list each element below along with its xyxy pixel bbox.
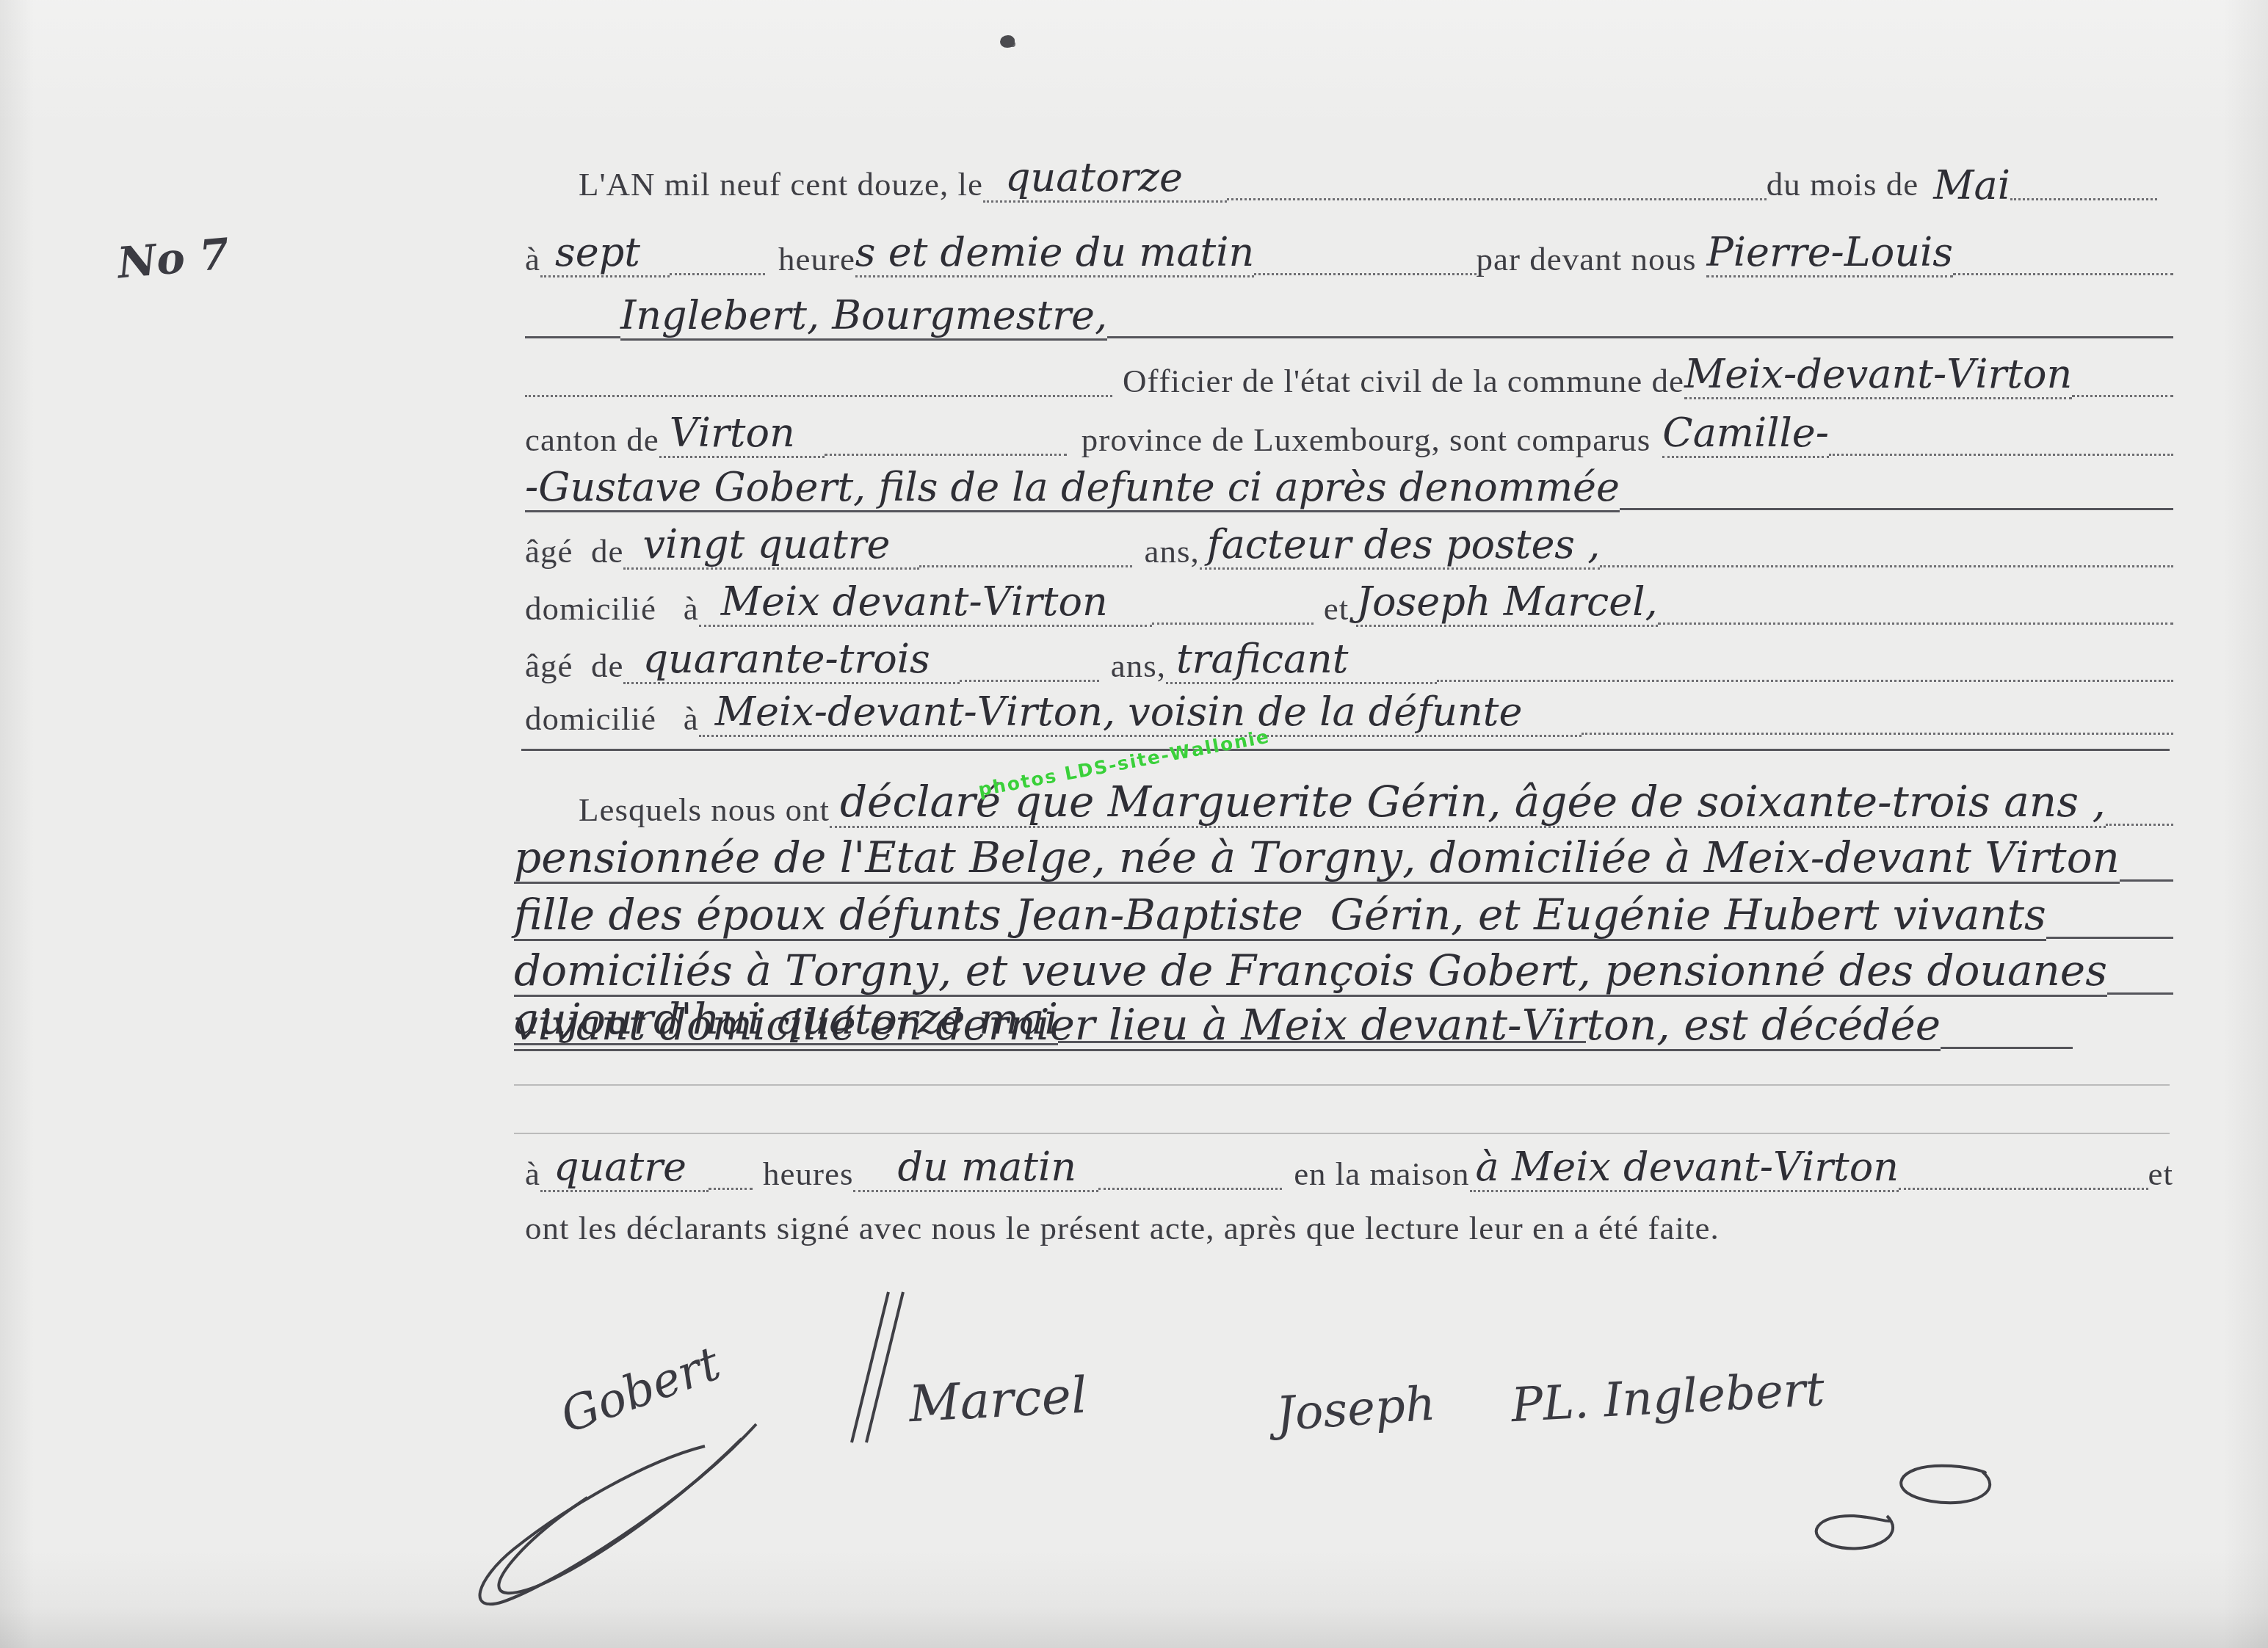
- hand-deceased-5: aujourd'hui quatorze mai: [514, 998, 1058, 1045]
- hand-month: Mai: [1919, 166, 2010, 206]
- dotted-leader: [1582, 733, 2173, 735]
- section-divider-rule: [521, 749, 2170, 751]
- solid-leader: [1058, 1041, 1586, 1043]
- hand-commune: Meix-devant-Virton: [1684, 355, 2072, 399]
- solid-leader: [1941, 1047, 2073, 1049]
- hand-day: quatorze: [983, 158, 1227, 203]
- dotted-leader: [670, 273, 765, 275]
- hand-domicile1: Meix devant-Virton: [699, 582, 1152, 627]
- printed-before-us: par devant nous: [1477, 243, 1707, 276]
- printed-domicile2: domicilié à: [525, 703, 699, 736]
- hand-deceased-1: pensionnée de l'Etat Belge, née à Torgny…: [514, 836, 2120, 884]
- printed-closing: ont les déclarants signé avec nous le pr…: [525, 1212, 1720, 1245]
- form-line-closing: ont les déclarants signé avec nous le pr…: [525, 1183, 2173, 1254]
- dotted-leader: [1254, 273, 1476, 275]
- registry-number: No 7: [115, 228, 231, 288]
- death-certificate-scan: No 7 L'AN mil neuf cent douze, le quator…: [0, 0, 2268, 1648]
- printed-heures: heure: [765, 243, 855, 276]
- printed-month-prefix: du mois de: [1767, 168, 1919, 201]
- ink-spot: [1000, 35, 1015, 48]
- printed-year-prefix: L'AN mil neuf cent douze, le: [579, 168, 983, 201]
- printed-at: à: [525, 243, 540, 276]
- signature-marcel-leadin: [844, 1292, 910, 1446]
- hand-profession1: facteur des postes ,: [1200, 525, 1601, 570]
- dotted-leader: [1953, 273, 2173, 275]
- hand-declarant1: -Gustave Gobert, fils de la defunte ci a…: [525, 468, 1620, 512]
- signature-inglebert: PL. Inglebert: [1510, 1366, 1826, 1429]
- hand-domicile2: Meix-devant-Virton, voisin de la défunte: [699, 692, 1582, 737]
- hand-line-deceased-5-row: aujourd'hui quatorze mai: [514, 982, 1586, 1053]
- signature-marcel: Marcel: [907, 1371, 1088, 1431]
- hand-hour: sept: [540, 233, 670, 277]
- dotted-leader: [2010, 198, 2157, 200]
- dotted-leader: [1227, 198, 1767, 200]
- form-line-domicile2: domicilié à Meix-devant-Virton, voisin d…: [525, 674, 2173, 744]
- hand-officer-firstname: Pierre-Louis: [1706, 233, 1953, 277]
- hand-officer-name: Inglebert, Bourgmestre,: [620, 296, 1107, 341]
- signature-gobert-flourish: [463, 1417, 778, 1615]
- printed-civil-officer: Officier de l'état civil de la commune d…: [1112, 365, 1684, 398]
- hand-half-hour: s et demie du matin: [855, 233, 1254, 277]
- signature-inglebert-flourish: [1799, 1457, 2004, 1560]
- signature-joseph: Joseph: [1275, 1381, 1437, 1439]
- blank-ruled-line: [514, 1084, 2170, 1086]
- form-line-hour: à sept heure s et demie du matin par dev…: [525, 214, 2173, 285]
- hand-declarant2-name: Joseph Marcel,: [1356, 582, 1657, 627]
- form-line-year: L'AN mil neuf cent douze, le quatorze du…: [579, 139, 2157, 210]
- hand-age1: vingt quatre: [623, 525, 919, 570]
